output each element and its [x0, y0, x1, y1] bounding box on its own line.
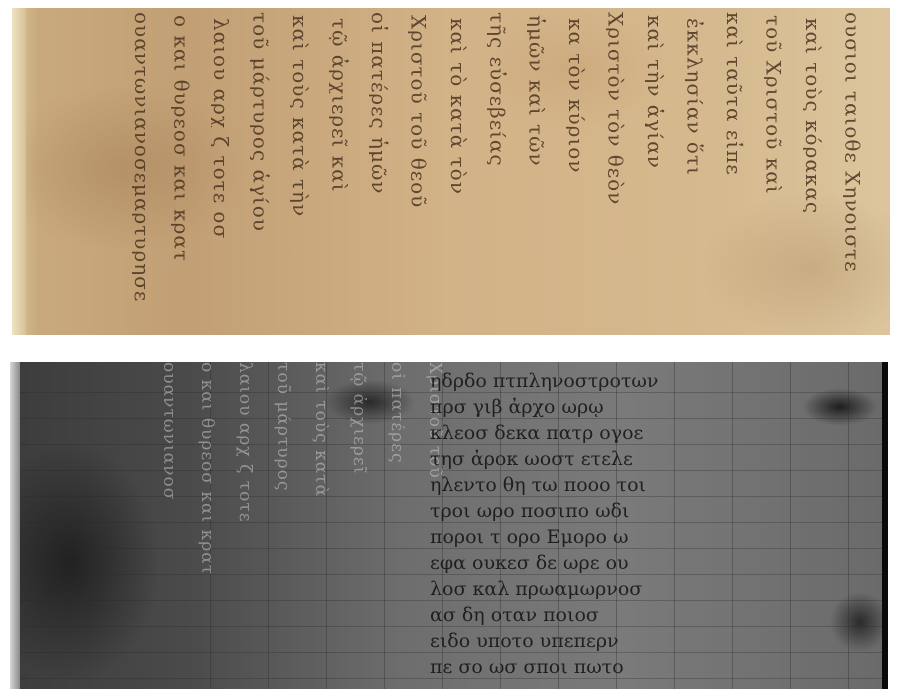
undertext-row: πρσ γιβ ἀρχο ωρῳ	[430, 396, 880, 418]
text-column: Χριστὸν τὸν θεὸν	[606, 12, 626, 335]
text-column: καὶ τὸ κατὰ τὸν	[448, 18, 468, 335]
ruling-line	[384, 362, 385, 689]
overtext-column: καὶ τοὺς κατὰ	[312, 362, 329, 689]
text-column: τοῦ μάρτυρος ἁγίου	[250, 12, 270, 335]
undertext-row: κλεοσ δεκα πατρ ογοε	[430, 422, 880, 444]
text-column: τῆς εὐσεβείας	[487, 12, 507, 335]
text-column: τῷ ἀρχιερεῖ καὶ	[329, 18, 349, 335]
ruling-line	[10, 444, 888, 445]
ruling-line	[10, 418, 888, 419]
multispectral-manuscript-panel: ουαντωνιανοσο και θυρεοσ και κρατλαιου α…	[10, 362, 888, 689]
overtext-column: οἱ πατέρες	[388, 362, 405, 689]
ruling-line	[10, 678, 888, 679]
text-column: ἐκκλησίαν ὅτι	[685, 18, 705, 335]
text-column: οἱ πατέρες ἡμῶν	[369, 12, 389, 335]
undertext-row: ηλεντο θη τω ποοο τοι	[430, 474, 880, 496]
undertext-row: ηδρδο πτπληνοστροτων	[430, 370, 880, 392]
undertext-row: τροι ωρο ποσιπο ωδι	[430, 500, 880, 522]
ruling-line	[10, 626, 888, 627]
image-edge-left	[10, 362, 20, 689]
ruling-line	[10, 392, 888, 393]
text-column: τοῦ Χριστοῦ καὶ	[764, 15, 784, 335]
overtext-column: τῷ ἀρχιερεῖ	[350, 362, 367, 689]
text-column: ἡμῶν καὶ τῶν	[527, 15, 547, 335]
ruling-line	[10, 574, 888, 575]
undertext-row: ποροι τ ορο Εμορο ω	[430, 526, 880, 548]
text-column: λαιου αρχ ζ τοτε οσ	[211, 18, 231, 335]
text-column: καὶ τοὺς κατὰ τὴν	[290, 15, 310, 335]
parchment-edge	[12, 8, 26, 335]
text-column: κα τὸν κύριον	[566, 18, 586, 335]
undertext-row: πε σο ωσ σποι πωτο	[430, 656, 880, 678]
ruling-line	[10, 470, 888, 471]
ruling-line	[268, 362, 269, 689]
overtext-column: λαιου αρχ ζ τοτε	[236, 362, 253, 689]
text-column: καὶ ταῦτα εἶπε	[724, 12, 744, 335]
text-column: καὶ τὴν ἁγίαν	[645, 15, 665, 335]
visible-light-manuscript-panel: ουαντωνιανοσεμαρτυρησεο και θυρεοσ και κ…	[12, 8, 890, 335]
ruling-line	[10, 548, 888, 549]
undertext-row: εφα ουκεσ δε ωρε ου	[430, 552, 880, 574]
text-column: Χριστοῦ τοῦ θεοῦ	[408, 15, 428, 335]
ruling-line	[10, 600, 888, 601]
undertext-row: λοσ καλ πρωαμωρνοσ	[430, 578, 880, 600]
text-column: ουαντωνιανοσεμαρτυρησε	[132, 12, 152, 335]
text-column: ουσιοι ταιοθε Χηνοιστε	[843, 12, 863, 335]
text-column: καὶ τοὺς κόρακας	[803, 18, 823, 335]
undertext-row: τησ ἀροκ ωοστ ετελε	[430, 448, 880, 470]
overtext-column: ο και θυρεοσ και κρατ	[198, 362, 215, 689]
ruling-line	[10, 652, 888, 653]
overtext-column: ουαντωνιανοσ	[160, 362, 177, 689]
undertext-row: ειδο υποτο υπεπερν	[430, 630, 880, 652]
undertext-row: ασ δη οταν ποιοσ	[430, 604, 880, 626]
ruling-line	[10, 496, 888, 497]
overtext-column: τοῦ μάρτυρος	[274, 362, 291, 689]
ruling-line	[10, 522, 888, 523]
text-column: ο και θυρεοσ και κρατ	[171, 15, 191, 335]
image-edge-right	[882, 362, 888, 689]
